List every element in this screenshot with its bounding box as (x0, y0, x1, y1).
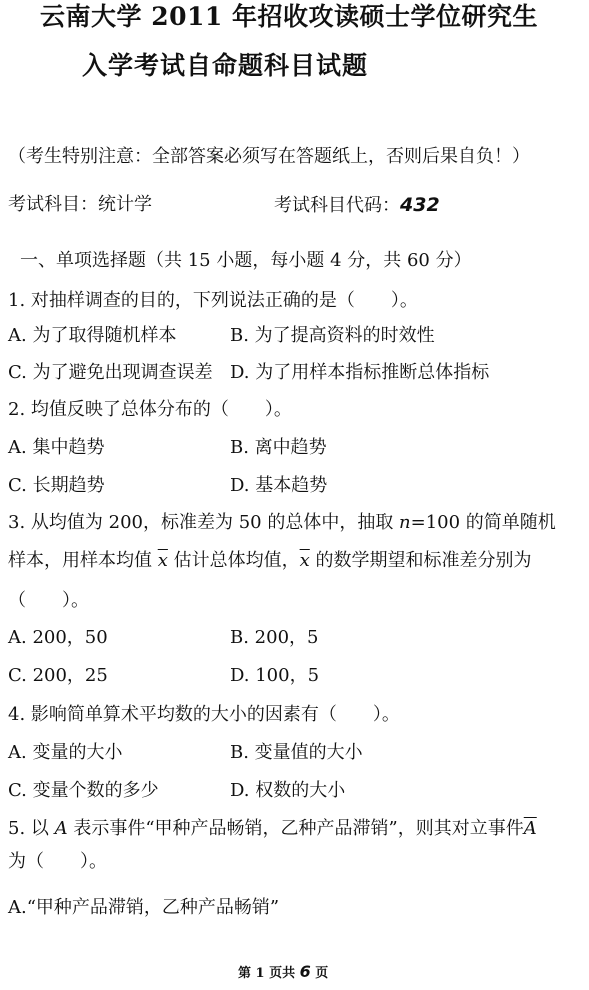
text: 3. 从均值为 200，标准差为 50 的总体中，抽取 (8, 512, 399, 533)
question-1-stem: 1. 对抽样调查的目的，下列说法正确的是（ ）。 (8, 290, 418, 312)
question-3-stem-line3: （ ）。 (8, 590, 89, 612)
question-4-option-a: A. 变量的大小 (8, 742, 122, 764)
text: =100 的简单随机 (411, 512, 556, 533)
subject-code-value: 432 (400, 194, 440, 216)
question-1-option-c: C. 为了避免出现调查误差 (8, 362, 213, 384)
page-suffix: 页 (311, 966, 329, 981)
variable-a-bar: A (524, 818, 537, 839)
exam-notice: （考生特别注意：全部答案必须写在答题纸上，否则后果自负！） (8, 146, 530, 168)
question-3-option-a: A. 200，50 (8, 627, 108, 649)
subject-code-label: 考试科目代码： (274, 195, 400, 216)
question-1-option-a: A. 为了取得随机样本 (8, 325, 176, 347)
text: 5. 以 (8, 818, 55, 839)
question-1-option-b: B. 为了提高资料的时效性 (230, 325, 435, 347)
question-4-option-d: D. 权数的大小 (230, 780, 345, 802)
question-5-stem-line1: 5. 以 A 表示事件“甲种产品畅销，乙种产品滞销”，则其对立事件A (8, 818, 537, 840)
section-title: 一、单项选择题（共 15 小题，每小题 4 分，共 60 分） (20, 250, 472, 272)
subject-label: 考试科目：统计学 (8, 194, 152, 216)
question-3-option-c: C. 200，25 (8, 665, 108, 687)
exam-title-line1: 云南大学 2011 年招收攻读硕士学位研究生 (40, 6, 538, 28)
question-2-option-c: C. 长期趋势 (8, 475, 105, 497)
question-2-stem: 2. 均值反映了总体分布的（ ）。 (8, 399, 292, 421)
question-3-option-d: D. 100，5 (230, 665, 319, 687)
variable-a: A (55, 818, 68, 839)
subject-code: 考试科目代码：432 (274, 194, 440, 217)
question-5-stem-line2: 为（ ）。 (8, 851, 107, 873)
question-2-option-b: B. 离中趋势 (230, 437, 327, 459)
page-number: 第 1 页共 6 页 (238, 961, 328, 985)
question-1-option-d: D. 为了用样本指标推断总体指标 (230, 362, 489, 384)
text: 估计总体均值， (168, 550, 300, 571)
question-4-stem: 4. 影响简单算术平均数的大小的因素有（ ）。 (8, 704, 400, 726)
page-prefix: 第 1 页共 (238, 966, 300, 981)
question-4-option-c: C. 变量个数的多少 (8, 780, 159, 802)
variable-x-bar: x (158, 550, 168, 571)
variable-x-bar: x (300, 550, 310, 571)
question-3-stem-line1: 3. 从均值为 200，标准差为 50 的总体中，抽取 n=100 的简单随机 (8, 512, 556, 534)
variable-n: n (399, 512, 411, 533)
question-4-option-b: B. 变量值的大小 (230, 742, 363, 764)
question-5-option-a: A.“甲种产品滞销，乙种产品畅销” (8, 897, 279, 919)
question-3-option-b: B. 200，5 (230, 627, 318, 649)
text: 的数学期望和标准差分别为 (310, 550, 532, 571)
question-3-stem-line2: 样本，用样本均值 x 估计总体均值，x 的数学期望和标准差分别为 (8, 550, 532, 572)
text: 样本，用样本均值 (8, 550, 158, 571)
question-2-option-a: A. 集中趋势 (8, 437, 104, 459)
total-pages: 6 (300, 962, 311, 981)
exam-title-line2: 入学考试自命题科目试题 (82, 55, 368, 77)
text: 表示事件“甲种产品畅销，乙种产品滞销”，则其对立事件 (68, 818, 524, 839)
question-2-option-d: D. 基本趋势 (230, 475, 327, 497)
